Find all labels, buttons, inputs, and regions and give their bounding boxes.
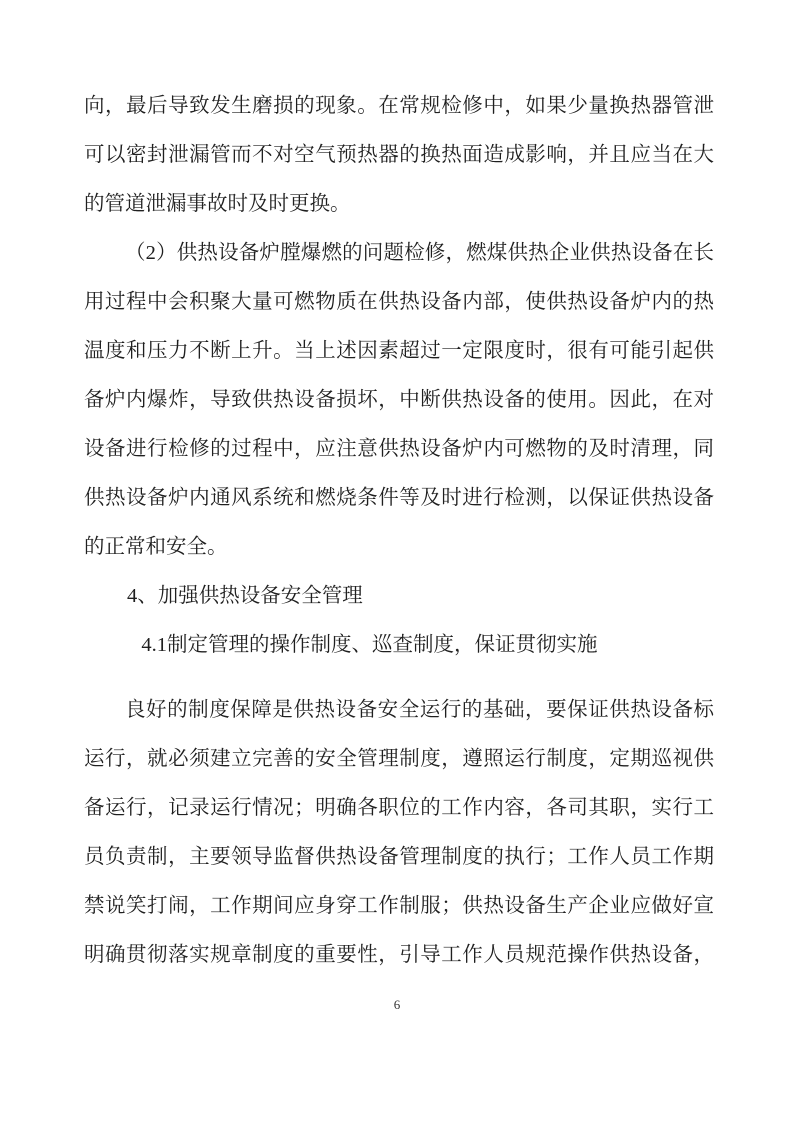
paragraph-line: 可以密封泄漏管而不对空气预热器的换热面造成影响，并且应当在大面积	[84, 131, 714, 180]
paragraph-line: 用过程中会积聚大量可燃物质在供热设备内部，使供热设备炉内的热量、	[84, 278, 714, 327]
document-page: 向，最后导致发生磨损的现象。在常规检修中，如果少量换热器管泄漏，可以密封泄漏管而…	[0, 0, 794, 1122]
paragraph-line: 备运行，记录运行情况；明确各职位的工作内容，各司其职，实行工作人	[84, 784, 714, 833]
heading-line: 4.1制定管理的操作制度、巡查制度，保证贯彻实施	[84, 621, 714, 670]
paragraph-line: 的管道泄漏事故时及时更换。	[84, 180, 714, 229]
page-footer: 6	[0, 996, 794, 1014]
heading-section-4-1: 4.1制定管理的操作制度、巡查制度，保证贯彻实施	[84, 621, 714, 670]
heading-section-4: 4、加强供热设备安全管理	[84, 572, 714, 621]
paragraph-line: （2）供热设备炉膛爆燃的问题检修，燃煤供热企业供热设备在长期使	[84, 229, 714, 278]
paragraph-line: 向，最后导致发生磨损的现象。在常规检修中，如果少量换热器管泄漏，	[84, 82, 714, 131]
paragraph-management-system: 良好的制度保障是供热设备安全运行的基础，要保证供热设备标准化运行，就必须建立完善…	[84, 686, 714, 980]
paragraph-line: 禁说笑打闹，工作期间应身穿工作制服；供热设备生产企业应做好宣传，	[84, 882, 714, 931]
paragraph-heat-exchanger-leak: 向，最后导致发生磨损的现象。在常规检修中，如果少量换热器管泄漏，可以密封泄漏管而…	[84, 82, 714, 229]
heading-line: 4、加强供热设备安全管理	[84, 572, 714, 621]
paragraph-line: 设备进行检修的过程中，应注意供热设备炉内可燃物的及时清理，同时对	[84, 425, 714, 474]
page-number: 6	[394, 997, 401, 1012]
paragraph-furnace-deflagration: （2）供热设备炉膛爆燃的问题检修，燃煤供热企业供热设备在长期使用过程中会积聚大量…	[84, 229, 714, 572]
paragraph-line: 备炉内爆炸，导致供热设备损坏，中断供热设备的使用。因此，在对供热	[84, 376, 714, 425]
paragraph-line: 供热设备炉内通风系统和燃烧条件等及时进行检测，以保证供热设备运行	[84, 474, 714, 523]
paragraph-line: 的正常和安全。	[84, 523, 714, 572]
paragraph-line: 良好的制度保障是供热设备安全运行的基础，要保证供热设备标准化	[84, 686, 714, 735]
paragraph-line: 员负责制，主要领导监督供热设备管理制度的执行；工作人员工作期间严	[84, 833, 714, 882]
document-body: 向，最后导致发生磨损的现象。在常规检修中，如果少量换热器管泄漏，可以密封泄漏管而…	[84, 82, 714, 980]
paragraph-line: 温度和压力不断上升。当上述因素超过一定限度时，很有可能引起供热设	[84, 327, 714, 376]
paragraph-line: 明确贯彻落实规章制度的重要性，引导工作人员规范操作供热设备，做到	[84, 931, 714, 980]
paragraph-line: 运行，就必须建立完善的安全管理制度，遵照运行制度，定期巡视供热设	[84, 735, 714, 784]
